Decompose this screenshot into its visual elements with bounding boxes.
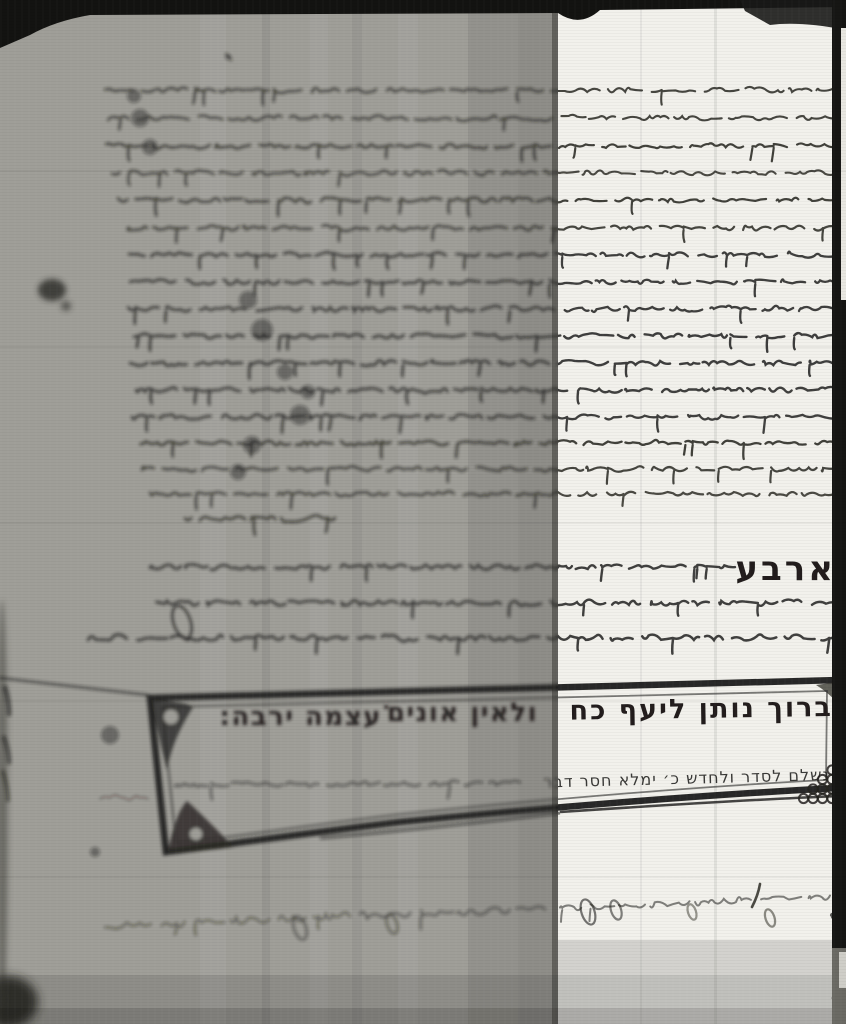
- fold-line: [552, 0, 558, 1024]
- bright-column-bottom-dim: [558, 940, 836, 1024]
- paper-bright-column: [558, 0, 836, 1024]
- right-gutter-lower-sliver: [839, 952, 846, 988]
- ink-stain-left-margin-small: [61, 301, 71, 311]
- manuscript-canvas: ארבע ברוך נותן ליעף כח ולאין אונים · עצמ…: [0, 0, 846, 1024]
- manuscript-page: ארבע ברוך נותן ליעף כח ולאין אונים · עצמ…: [0, 0, 846, 1024]
- ink-stain-left-margin: [38, 279, 66, 301]
- right-gutter-white-sliver: [841, 28, 846, 300]
